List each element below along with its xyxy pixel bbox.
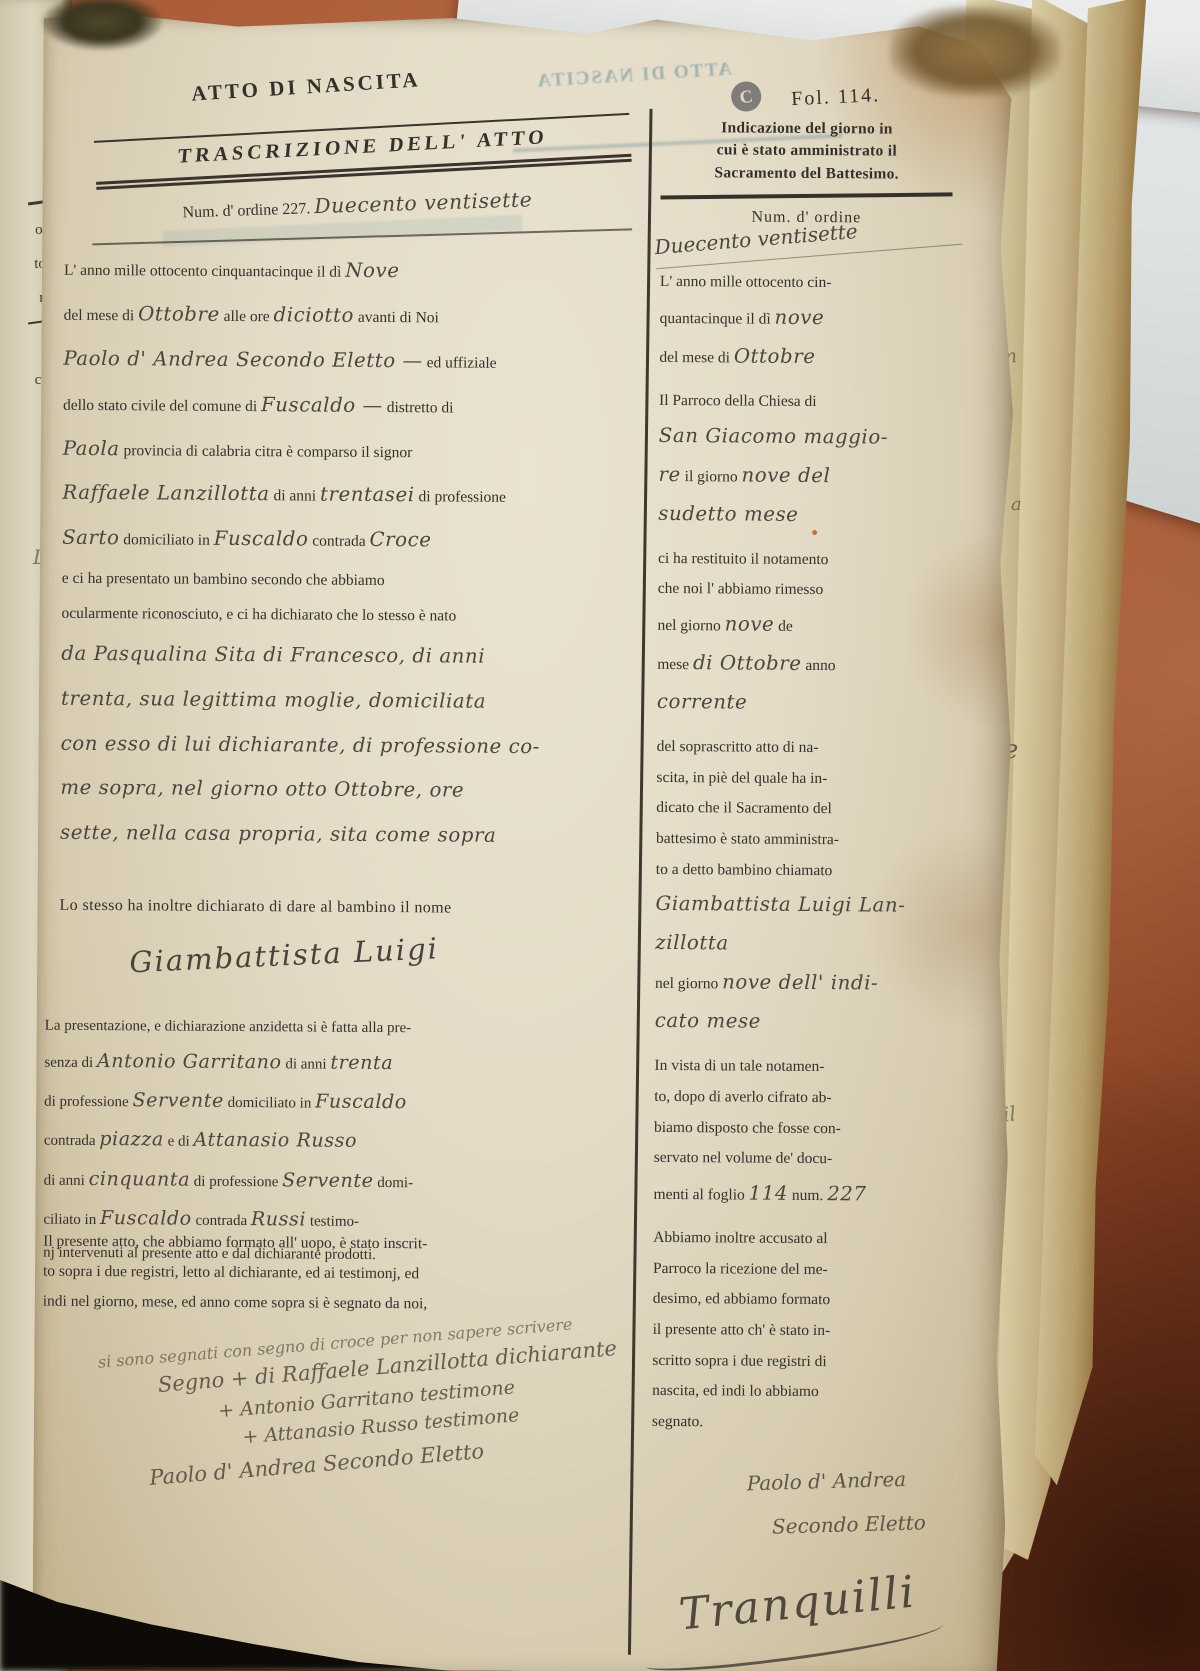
parish-paragraph: Il Parroco della Chiesa diSan Giacomo ma… [658, 386, 951, 536]
printed-text: del soprascritto atto di na- [657, 738, 819, 756]
printed-text: il presente atto ch' è stato in- [653, 1321, 831, 1339]
printed-text: di professione [415, 489, 506, 507]
bleedthrough-title: ATTO DI NASCITA [535, 59, 733, 93]
handwritten-text: nove dell' indi- [722, 971, 878, 995]
printed-text: battesimo è stato amministra- [656, 830, 839, 848]
handwritten-text: nove del [741, 463, 830, 487]
handwritten-text: piazza [99, 1128, 164, 1150]
closing-paragraph: Il presente atto, che abbiamo formato al… [43, 1227, 636, 1322]
printed-text: alle ore [220, 308, 274, 325]
handwritten-text: me sopra, nel giorno otto Ottobre, ore [60, 776, 464, 802]
left-section-header: TRASCRIZIONE DELL' ATTO [94, 113, 632, 190]
printed-text: ciliato in [43, 1211, 100, 1227]
archive-paragraph: In vista di un tale notamen-to, dopo di … [653, 1051, 946, 1215]
left-signatures: si sono segnati con segno di croce per n… [63, 1311, 633, 1496]
handwritten-text: di Ottobre [693, 651, 802, 675]
handwritten-text: re [658, 463, 680, 486]
handwritten-text: San Giacomo maggio- [659, 424, 888, 449]
printed-text: L' anno mille ottocento cin- [660, 273, 832, 291]
act-paragraph: L' anno mille ottocento cinquantacinque … [60, 247, 642, 860]
printed-text: scritto sopra i due registri di [652, 1352, 826, 1370]
handwritten-text: 114 [749, 1182, 789, 1205]
printed-text: distretto di [383, 399, 454, 416]
printed-text: nel giorno [655, 975, 722, 992]
printed-text: de [774, 618, 793, 635]
handwritten-text: Paola [63, 436, 120, 459]
handwritten-text: nove [775, 306, 825, 329]
acknowledgement-paragraph: Abbiamo inoltre accusato alParroco la ri… [652, 1223, 945, 1440]
handwritten-text: Paolo d' Andrea Secondo Eletto — [63, 347, 423, 373]
printed-text: La presentazione, e dichiarazione anzide… [45, 1018, 412, 1037]
printed-text: avanti di Noi [354, 309, 439, 327]
printed-text: domiciliato in [224, 1095, 315, 1112]
printed-text: di anni [270, 488, 320, 505]
printed-text: menti al foglio [653, 1186, 748, 1204]
printed-text: indi nel giorno, mese, ed anno come sopr… [43, 1293, 427, 1313]
handwritten-text: Sarto [62, 526, 120, 549]
printed-text: segnato. [652, 1413, 703, 1430]
printed-text: to a detto bambino chiamato [656, 861, 833, 879]
printed-text: Parroco la ricezione del me- [653, 1260, 828, 1278]
folio-number: Fol. 114. [791, 84, 881, 111]
right-signatures: Paolo d' AndreaSecondo Eletto [650, 1459, 944, 1550]
printed-text: contrada [308, 533, 369, 550]
printed-text: Num. d' ordine 227. [182, 200, 314, 221]
printed-text: dello stato civile del comune di [63, 396, 261, 414]
printed-text: L' anno mille ottocento cinquantacinque … [64, 262, 345, 281]
baptism-date-paragraph: L' anno mille ottocento cin-quantacinque… [659, 267, 952, 378]
child-name-handwritten: Giambattista Luigi [129, 931, 440, 979]
sacrament-paragraph: del soprascritto atto di na-scita, in pi… [655, 732, 949, 1043]
handwritten-text: Fuscaldo [100, 1207, 192, 1230]
handwritten-text: trentasei [320, 483, 415, 507]
printed-text: ocularmente riconosciuto, e ci ha dichia… [62, 605, 457, 625]
signature-line: Paolo d' Andrea Secondo Eletto [148, 1427, 632, 1490]
handwritten-text: Giambattista Luigi Lan- [655, 892, 905, 917]
photo-scene: e Zecca dello Stato S. SulmEllaiereilR o… [0, 0, 1200, 1671]
ink-spot [812, 530, 817, 535]
printed-text: mese [657, 656, 693, 673]
printed-text: scita, in piè del quale ha in- [656, 769, 827, 787]
printed-text: servato nel volume de' docu- [654, 1149, 833, 1167]
printed-text: di anni [282, 1056, 331, 1072]
printed-text: ci ha restituito il notamento [658, 550, 829, 568]
handwritten-text: Attanasio Russo [193, 1129, 357, 1152]
printed-text: contrada [44, 1133, 100, 1149]
handwritten-text: sette, nella casa propria, sita come sop… [60, 821, 496, 847]
handwritten-text: con esso di lui dichiarante, di professi… [61, 731, 540, 757]
torn-corner-top-right [890, 6, 1060, 96]
handwritten-text: da Pasqualina Sita di Francesco, di anni [61, 642, 485, 668]
printed-text: senza di [44, 1055, 97, 1071]
handwritten-text: sudetto mese [658, 502, 798, 526]
printed-text: nascita, ed indi lo abbiamo [652, 1382, 819, 1400]
printed-text: di professione [190, 1173, 282, 1190]
printed-text: del mese di [64, 307, 139, 325]
printed-text: quantacinque il dì [660, 310, 775, 328]
handwritten-text: Russi [251, 1208, 306, 1230]
printed-text: dicato che il Sacramento del [656, 799, 832, 817]
handwritten-text: Croce [369, 528, 431, 551]
edge-ink-fragment: a [1011, 494, 1022, 515]
handwritten-text: corrente [657, 690, 747, 714]
printed-text: nel giorno [657, 617, 724, 634]
printed-text: anno [801, 657, 835, 674]
handwritten-text: Ottobre [138, 302, 220, 326]
printed-text: In vista di un tale notamen- [654, 1057, 824, 1075]
printed-text: di anni [44, 1172, 89, 1188]
printed-text: e ci ha presentato un bambino secondo ch… [62, 570, 385, 589]
right-header-line: cui è stato amministrato il [661, 139, 953, 164]
handwritten-text: Antonio Garritano [97, 1050, 282, 1073]
handwritten-text: Fuscaldo — [261, 393, 383, 417]
handwritten-text: Fuscaldo [315, 1091, 407, 1114]
printed-text: to, dopo di averlo cifrato ab- [654, 1088, 831, 1106]
printed-text: provincia di calabria citra è comparso i… [120, 442, 413, 461]
printed-text: del mese di [659, 349, 734, 367]
handwritten-text: trenta, sua legittima moglie, domiciliat… [61, 686, 486, 712]
printed-text: e di [164, 1134, 194, 1150]
right-header-line: Sacramento del Battesimo. [661, 162, 953, 187]
right-header-rule [660, 193, 952, 200]
signature-line: Paolo d' Andrea [746, 1459, 943, 1504]
signature-line: Secondo Eletto [771, 1502, 944, 1546]
printed-text: che noi l' abbiamo rimesso [658, 580, 824, 598]
handwritten-text: cinquanta [89, 1168, 191, 1191]
handwritten-text: Servente [132, 1089, 224, 1112]
right-order-number: Num. d' ordine Duecento ventisette [660, 201, 952, 259]
printed-text: num. [788, 1187, 827, 1204]
right-section-header: Indicazione del giorno in cui è stato am… [661, 117, 953, 186]
handwritten-text: Servente [282, 1169, 374, 1192]
right-column: Indicazione del giorno in cui è stato am… [650, 117, 953, 1661]
handwritten-text: Raffaele Lanzillotta [62, 481, 269, 505]
printed-text: testimo- [306, 1213, 359, 1229]
document-page: ATTO DI NASCITA ATTO DI NASCITA C Fol. 1… [32, 9, 1016, 1671]
handwritten-text: nove [725, 612, 775, 635]
name-declaration-line: Lo stesso ha inoltre dichiarato di dare … [59, 897, 639, 919]
printed-text: contrada [192, 1213, 251, 1229]
printed-text: di professione [44, 1094, 132, 1111]
handwritten-text: zillotta [655, 931, 729, 955]
printed-text: Il Parroco della Chiesa di [659, 392, 817, 410]
printed-text: domiciliato in [119, 531, 213, 549]
handwritten-text: Ottobre [734, 345, 816, 369]
notation-return-paragraph: ci ha restituito il notamentoche noi l' … [657, 544, 950, 724]
handwritten-text: cato mese [655, 1009, 761, 1033]
handwritten-text: trenta [330, 1052, 393, 1074]
printed-text: domi- [373, 1175, 413, 1191]
handwritten-text: diciotto [273, 303, 354, 327]
page-title: ATTO DI NASCITA [191, 67, 422, 106]
handwritten-text: 227 [827, 1182, 867, 1205]
printed-text: Abbiamo inoltre accusato al [653, 1229, 827, 1247]
handwritten-text: Nove [345, 259, 399, 282]
printed-text: ed uffiziale [423, 354, 497, 372]
ink-stamp: C [729, 80, 763, 114]
right-header-line: Indicazione del giorno in [661, 117, 953, 142]
printed-text: desimo, ed abbiamo formato [653, 1290, 830, 1308]
printed-text: to sopra i due registri, letto al dichia… [43, 1263, 419, 1283]
printed-text: Il presente atto, che abbiamo formato al… [43, 1233, 427, 1253]
left-section-header-label: TRASCRIZIONE DELL' ATTO [177, 126, 549, 169]
printed-text: biamo disposto che fosse con- [654, 1119, 841, 1137]
handwritten-text: Duecento ventisette [314, 187, 533, 218]
handwritten-text: Fuscaldo [214, 527, 309, 551]
printed-text: il giorno [681, 468, 742, 485]
